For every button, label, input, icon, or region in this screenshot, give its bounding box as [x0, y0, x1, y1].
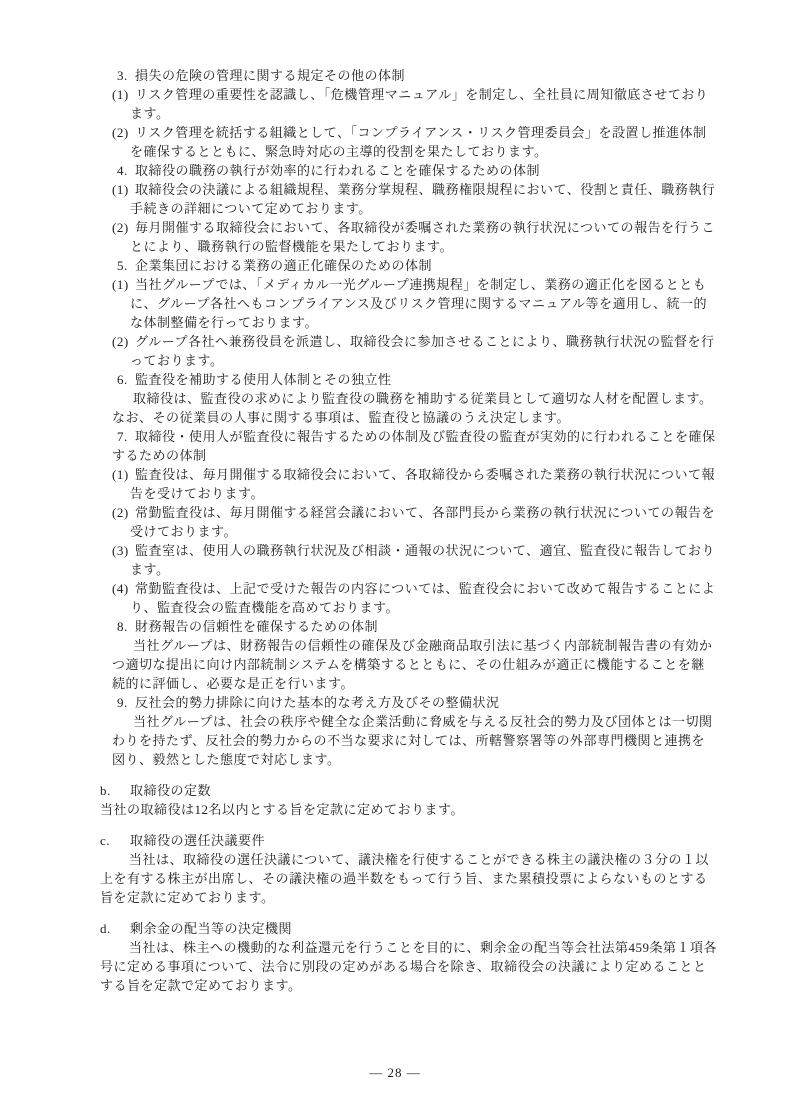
section-paragraph: 取締役は、監査役の求めにより監査役の職務を補助する従業員として適切な人材を配置し…	[112, 389, 718, 427]
lettered-heading-text: 取締役の定数	[130, 783, 211, 798]
document-page: 3.損失の危険の管理に関する規定その他の体制 (1)リスク管理の重要性を認識し、…	[0, 0, 790, 1118]
numbered-section-list: 3.損失の危険の管理に関する規定その他の体制 (1)リスク管理の重要性を認識し、…	[112, 66, 718, 769]
item-number: (4)	[112, 579, 135, 598]
page-number: ― 28 ―	[0, 1063, 790, 1082]
item-text: 常勤監査役は、上記で受けた報告の内容については、監査役会において改めて報告するこ…	[130, 581, 715, 615]
lettered-paragraph: 当社は、株主への機動的な利益還元を行うことを目的に、剰余金の配当等会社法第459…	[100, 938, 718, 995]
section-number: 3.	[117, 66, 135, 85]
section-heading: 6.監査役を補助する使用人体制とその独立性	[112, 370, 718, 389]
item-number: (2)	[112, 218, 135, 237]
lettered-marker: b.	[100, 781, 130, 800]
section-item: (1)リスク管理の重要性を認識し、「危機管理マニュアル」を制定し、全社員に周知徹…	[112, 85, 718, 123]
item-text: グループ各社へ兼務役員を派遣し、取締役会に参加させることにより、職務執行状況の監…	[130, 334, 714, 368]
item-text: 当社グループでは、「メディカル一光グループ連携規程」を制定し、業務の適正化を図る…	[130, 277, 707, 330]
lettered-heading-text: 取締役の選任決議要件	[130, 833, 265, 848]
section-heading-text: 企業集団における業務の適正化確保のための体制	[135, 258, 432, 273]
section-heading-text: 損失の危険の管理に関する規定その他の体制	[135, 68, 405, 83]
item-text: 取締役会の決議による組織規程、業務分掌規程、職務権限規程において、役割と責任、職…	[130, 182, 715, 216]
item-number: (2)	[112, 123, 135, 142]
lettered-marker: c.	[100, 831, 130, 850]
section-heading-text: 取締役・使用人が監査役に報告するための体制及び監査役の監査が実効的に行われること…	[112, 429, 716, 463]
section-paragraph: 当社グループは、財務報告の信頼性の確保及び金融商品取引法に基づく内部統制報告書の…	[112, 636, 718, 693]
section-heading-text: 財務報告の信頼性を確保するための体制	[135, 619, 378, 634]
section-item: (2)毎月開催する取締役会において、各取締役が委嘱された業務の執行状況についての…	[112, 218, 718, 256]
section-number: 8.	[117, 617, 135, 636]
numbered-section-4: 4.取締役の職務の執行が効率的に行われることを確保するための体制 (1)取締役会…	[112, 161, 718, 256]
lettered-section-b: b.取締役の定数 当社の取締役は12名以内とする旨を定款に定めております。	[100, 781, 718, 819]
section-number: 7.	[117, 427, 135, 446]
section-heading: 4.取締役の職務の執行が効率的に行われることを確保するための体制	[112, 161, 718, 180]
section-item: (2)グループ各社へ兼務役員を派遣し、取締役会に参加させることにより、職務執行状…	[112, 332, 718, 370]
lettered-marker: d.	[100, 919, 130, 938]
lettered-paragraph: 当社の取締役は12名以内とする旨を定款に定めております。	[100, 800, 718, 819]
section-number: 4.	[117, 161, 135, 180]
section-heading: 3.損失の危険の管理に関する規定その他の体制	[112, 66, 718, 85]
numbered-section-6: 6.監査役を補助する使用人体制とその独立性 取締役は、監査役の求めにより監査役の…	[112, 370, 718, 427]
item-text: 監査室は、使用人の職務執行状況及び相談・通報の状況について、適宜、監査役に報告し…	[130, 543, 715, 577]
item-number: (1)	[112, 85, 135, 104]
section-heading-text: 監査役を補助する使用人体制とその独立性	[135, 372, 392, 387]
item-text: リスク管理の重要性を認識し、「危機管理マニュアル」を制定し、全社員に周知徹底させ…	[130, 87, 708, 121]
section-heading: 5.企業集団における業務の適正化確保のための体制	[112, 256, 718, 275]
item-number: (1)	[112, 275, 135, 294]
lettered-heading: c.取締役の選任決議要件	[100, 831, 718, 850]
item-text: 監査役は、毎月開催する取締役会において、各取締役から委嘱された業務の執行状況につ…	[130, 467, 715, 501]
page-content: 3.損失の危険の管理に関する規定その他の体制 (1)リスク管理の重要性を認識し、…	[100, 66, 718, 995]
section-item: (1)取締役会の決議による組織規程、業務分掌規程、職務権限規程において、役割と責…	[112, 180, 718, 218]
numbered-section-7: 7.取締役・使用人が監査役に報告するための体制及び監査役の監査が実効的に行われる…	[112, 427, 718, 617]
section-item: (1)監査役は、毎月開催する取締役会において、各取締役から委嘱された業務の執行状…	[112, 465, 718, 503]
item-number: (1)	[112, 465, 135, 484]
section-item: (1)当社グループでは、「メディカル一光グループ連携規程」を制定し、業務の適正化…	[112, 275, 718, 332]
item-number: (3)	[112, 541, 135, 560]
item-number: (2)	[112, 503, 135, 522]
lettered-section-c: c.取締役の選任決議要件 当社は、取締役の選任決議について、議決権を行使すること…	[100, 831, 718, 907]
section-number: 5.	[117, 256, 135, 275]
section-item: (4)常勤監査役は、上記で受けた報告の内容については、監査役会において改めて報告…	[112, 579, 718, 617]
section-heading-text: 反社会的勢力排除に向けた基本的な考え方及びその整備状況	[135, 695, 500, 710]
section-number: 9.	[117, 693, 135, 712]
item-text: 毎月開催する取締役会において、各取締役が委嘱された業務の執行状況についての報告を…	[130, 220, 715, 254]
section-item: (2)リスク管理を統括する組織として、「コンプライアンス・リスク管理委員会」を設…	[112, 123, 718, 161]
numbered-section-8: 8.財務報告の信頼性を確保するための体制 当社グループは、財務報告の信頼性の確保…	[112, 617, 718, 693]
section-heading-text: 取締役の職務の執行が効率的に行われることを確保するための体制	[135, 163, 540, 178]
item-text: リスク管理を統括する組織として、「コンプライアンス・リスク管理委員会」を設置し推…	[130, 125, 707, 159]
lettered-heading: d.剰余金の配当等の決定機関	[100, 919, 718, 938]
section-number: 6.	[117, 370, 135, 389]
item-number: (1)	[112, 180, 135, 199]
section-item: (2)常勤監査役は、毎月開催する経営会議において、各部門長から業務の執行状況につ…	[112, 503, 718, 541]
section-item: (3)監査室は、使用人の職務執行状況及び相談・通報の状況について、適宜、監査役に…	[112, 541, 718, 579]
lettered-section-d: d.剰余金の配当等の決定機関 当社は、株主への機動的な利益還元を行うことを目的に…	[100, 919, 718, 995]
section-heading: 7.取締役・使用人が監査役に報告するための体制及び監査役の監査が実効的に行われる…	[112, 427, 718, 465]
lettered-paragraph: 当社は、取締役の選任決議について、議決権を行使することができる株主の議決権の３分…	[100, 850, 718, 907]
section-heading: 9.反社会的勢力排除に向けた基本的な考え方及びその整備状況	[112, 693, 718, 712]
lettered-heading: b.取締役の定数	[100, 781, 718, 800]
numbered-section-9: 9.反社会的勢力排除に向けた基本的な考え方及びその整備状況 当社グループは、社会…	[112, 693, 718, 769]
item-number: (2)	[112, 332, 135, 351]
item-text: 常勤監査役は、毎月開催する経営会議において、各部門長から業務の執行状況についての…	[130, 505, 715, 539]
section-heading: 8.財務報告の信頼性を確保するための体制	[112, 617, 718, 636]
numbered-section-5: 5.企業集団における業務の適正化確保のための体制 (1)当社グループでは、「メデ…	[112, 256, 718, 370]
numbered-section-3: 3.損失の危険の管理に関する規定その他の体制 (1)リスク管理の重要性を認識し、…	[112, 66, 718, 161]
lettered-heading-text: 剰余金の配当等の決定機関	[130, 921, 292, 936]
section-paragraph: 当社グループは、社会の秩序や健全な企業活動に脅威を与える反社会的勢力及び団体とは…	[112, 712, 718, 769]
